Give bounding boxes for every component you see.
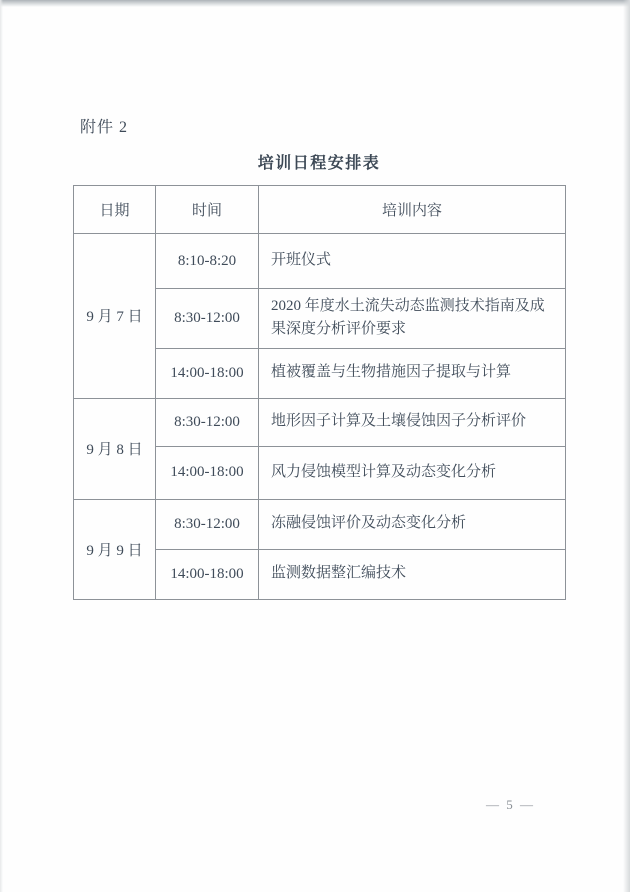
- page-title: 培训日程安排表: [73, 150, 565, 173]
- content-cell: 地形因子计算及土壤侵蚀因子分析评价: [259, 398, 566, 446]
- date-cell: 9 月 7 日: [74, 234, 156, 399]
- page-number: — 5 —: [73, 797, 565, 813]
- scan-edge-left: [0, 0, 3, 892]
- date-cell: 9 月 9 日: [74, 499, 156, 599]
- header-time: 时间: [156, 186, 259, 234]
- training-schedule-table: 日期 时间 培训内容 9 月 7 日 8:10-8:20 开班仪式 8:30-1…: [73, 185, 566, 600]
- content-cell: 风力侵蚀模型计算及动态变化分析: [259, 446, 566, 499]
- scan-edge-right: [623, 0, 630, 892]
- content-cell: 监测数据整汇编技术: [259, 549, 566, 599]
- time-cell: 8:30-12:00: [156, 398, 259, 446]
- header-content: 培训内容: [259, 186, 566, 234]
- scan-edge-top: [0, 0, 630, 7]
- table-row: 9 月 7 日 8:10-8:20 开班仪式: [74, 234, 566, 289]
- header-date: 日期: [74, 186, 156, 234]
- time-cell: 8:30-12:00: [156, 289, 259, 349]
- time-cell: 14:00-18:00: [156, 348, 259, 398]
- attachment-label: 附件 2: [80, 114, 128, 137]
- time-cell: 8:30-12:00: [156, 499, 259, 549]
- time-cell: 14:00-18:00: [156, 446, 259, 499]
- time-cell: 14:00-18:00: [156, 549, 259, 599]
- content-cell: 冻融侵蚀评价及动态变化分析: [259, 499, 566, 549]
- content-cell: 植被覆盖与生物措施因子提取与计算: [259, 348, 566, 398]
- content-cell: 2020 年度水土流失动态监测技术指南及成果深度分析评价要求: [259, 289, 566, 349]
- table-header-row: 日期 时间 培训内容: [74, 186, 566, 234]
- table-row: 9 月 9 日 8:30-12:00 冻融侵蚀评价及动态变化分析: [74, 499, 566, 549]
- date-cell: 9 月 8 日: [74, 398, 156, 499]
- table-row: 9 月 8 日 8:30-12:00 地形因子计算及土壤侵蚀因子分析评价: [74, 398, 566, 446]
- time-cell: 8:10-8:20: [156, 234, 259, 289]
- content-cell: 开班仪式: [259, 234, 566, 289]
- scanned-document-page: 附件 2 培训日程安排表 日期 时间 培训内容 9 月 7 日 8:10-8:2…: [0, 0, 630, 892]
